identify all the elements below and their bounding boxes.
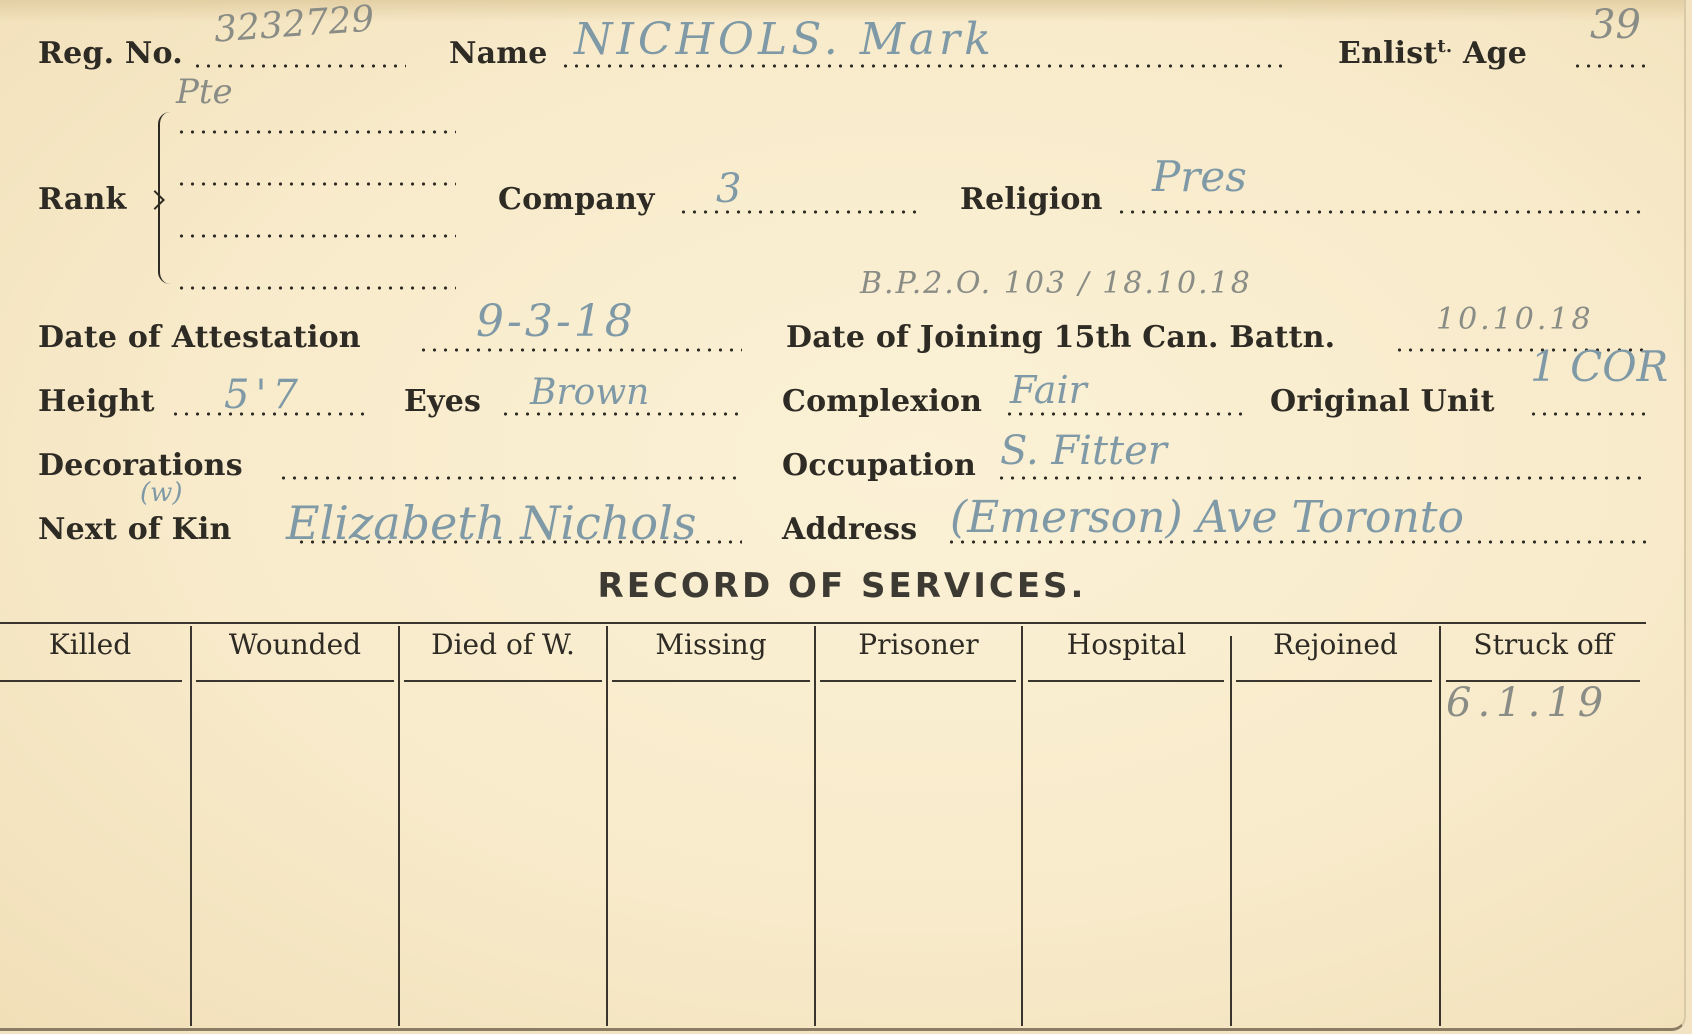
decorations-dotted-line	[278, 476, 742, 480]
next-of-kin-label: Next of Kin	[38, 512, 232, 547]
struck-off-value: 6.1.19	[1446, 680, 1609, 726]
column-header-wounded: Wounded	[192, 628, 398, 661]
rank-dotted-line-4	[176, 286, 456, 290]
name-label: Name	[449, 36, 548, 71]
header-underline-missing	[612, 680, 810, 682]
column-header-died-of-wounds: Died of W.	[400, 628, 606, 661]
occupation-label: Occupation	[782, 448, 976, 483]
table-top-rule	[0, 622, 1646, 624]
date-of-joining-label: Date of Joining 15th Can. Battn.	[786, 320, 1335, 355]
column-header-prisoner: Prisoner	[816, 628, 1021, 661]
reg-no-dotted-line	[192, 64, 406, 68]
eyes-label: Eyes	[404, 384, 481, 419]
next-of-kin-value: Elizabeth Nichols	[286, 496, 696, 550]
height-value: 5'7	[224, 372, 304, 418]
column-header-struck-off: Struck off	[1441, 628, 1646, 661]
complexion-label: Complexion	[782, 384, 982, 419]
rank-label: Rank	[38, 182, 126, 217]
date-of-attestation-dotted-line	[418, 348, 742, 352]
enlist-age-dotted-line	[1572, 64, 1648, 68]
name-value: NICHOLS. Mark	[574, 14, 995, 65]
service-record-card: Reg. No. 3232729 Name NICHOLS. Mark Enli…	[0, 0, 1686, 1031]
reg-no-label: Reg. No.	[38, 36, 183, 71]
enlist-age-label: Enlistt. Age	[1338, 36, 1527, 71]
original-unit-label: Original Unit	[1270, 384, 1495, 419]
header-underline-killed	[0, 680, 182, 682]
stamp-note: B.P.2.O. 103 / 18.10.18	[860, 266, 1252, 301]
rank-value: Pte	[176, 72, 233, 112]
complexion-dotted-line	[1004, 412, 1248, 416]
next-of-kin-prefix: (w)	[140, 478, 183, 508]
height-label: Height	[38, 384, 155, 419]
column-divider-4	[814, 626, 816, 1026]
column-header-killed: Killed	[0, 628, 180, 661]
address-label: Address	[782, 512, 917, 547]
religion-value: Pres	[1152, 152, 1247, 201]
header-underline-died	[404, 680, 602, 682]
column-header-missing: Missing	[608, 628, 814, 661]
column-divider-3	[606, 626, 608, 1026]
header-underline-rejoined	[1236, 680, 1432, 682]
date-of-joining-value: 10.10.18	[1436, 302, 1594, 337]
rank-dotted-line-1	[176, 130, 456, 134]
company-dotted-line	[678, 210, 918, 214]
original-unit-value: 1 COR	[1530, 342, 1668, 391]
enlist-age-label-main: Enlist	[1338, 36, 1437, 71]
column-divider-2	[398, 626, 400, 1026]
column-divider-7	[1439, 626, 1441, 1026]
column-header-rejoined: Rejoined	[1232, 628, 1439, 661]
complexion-value: Fair	[1010, 368, 1087, 412]
occupation-value: S. Fitter	[1000, 428, 1167, 474]
company-label: Company	[498, 182, 655, 217]
occupation-dotted-line	[996, 476, 1648, 480]
header-underline-wounded	[196, 680, 394, 682]
enlist-age-label-sup: t.	[1437, 36, 1452, 57]
column-divider-5	[1021, 626, 1023, 1026]
column-header-hospital: Hospital	[1023, 628, 1230, 661]
header-underline-prisoner	[820, 680, 1016, 682]
header-underline-hospital	[1028, 680, 1224, 682]
religion-dotted-line	[1116, 210, 1648, 214]
enlist-age-value: 39	[1590, 2, 1641, 48]
enlist-age-label-tail: Age	[1452, 36, 1527, 71]
rank-dotted-line-3	[176, 234, 456, 238]
column-divider-6	[1230, 636, 1232, 1026]
address-value: (Emerson) Ave Toronto	[950, 492, 1464, 543]
company-value: 3	[716, 166, 741, 212]
reg-no-value: 3232729	[213, 0, 376, 51]
column-divider-1	[190, 626, 192, 1026]
date-of-attestation-label: Date of Attestation	[38, 320, 361, 355]
rank-dotted-line-2	[176, 182, 456, 186]
eyes-value: Brown	[530, 372, 649, 413]
religion-label: Religion	[960, 182, 1103, 217]
record-of-services-title: RECORD OF SERVICES.	[0, 566, 1684, 606]
date-of-attestation-value: 9-3-18	[476, 296, 636, 347]
original-unit-dotted-line	[1528, 412, 1648, 416]
